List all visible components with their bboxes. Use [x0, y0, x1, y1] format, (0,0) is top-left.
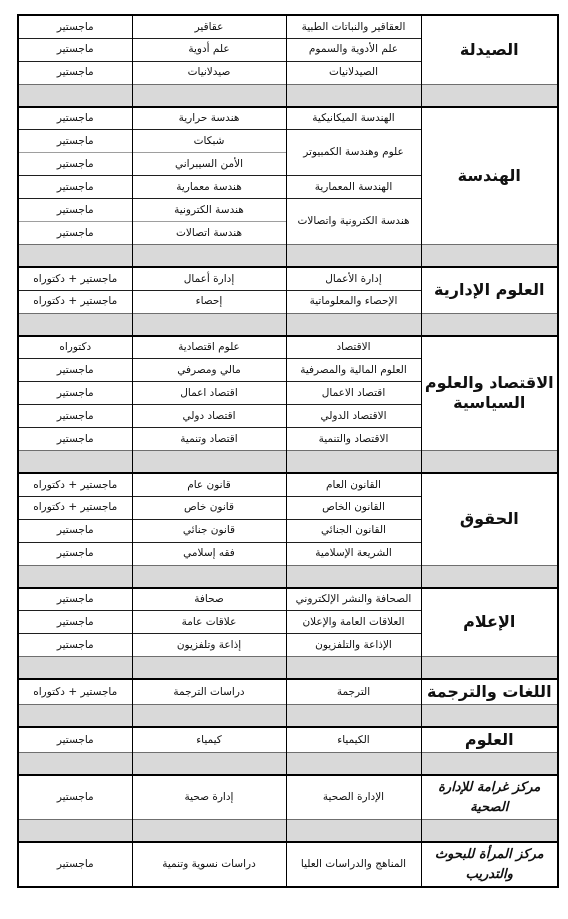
specialization-cell: دراسات نسوية وتنمية: [132, 842, 286, 887]
department-cell: هندسة الكترونية واتصالات: [286, 199, 421, 245]
department-cell: الاقتصاد: [286, 336, 421, 359]
degree-cell: ماجستير: [18, 107, 132, 130]
separator-cell: [286, 705, 421, 728]
faculty-cell: اللغات والترجمة: [421, 679, 558, 705]
specialization-cell: علوم اقتصادية: [132, 336, 286, 359]
degree-cell: ماجستير: [18, 727, 132, 753]
specialization-cell: الأمن السيبراني: [132, 153, 286, 176]
department-cell: القانون العام: [286, 473, 421, 496]
specialization-cell: دراسات الترجمة: [132, 679, 286, 705]
separator-cell: [132, 657, 286, 680]
department-cell: اقتصاد الاعمال: [286, 382, 421, 405]
department-cell: الهندسة الميكانيكية: [286, 107, 421, 130]
department-cell: علم الأدوية والسموم: [286, 38, 421, 61]
program-row: الإعلامالصحافة والنشر الإلكترونيصحافةماج…: [18, 588, 558, 611]
section-separator-row: [18, 245, 558, 268]
separator-cell: [18, 565, 132, 588]
degree-cell: ماجستير: [18, 542, 132, 565]
separator-cell: [132, 705, 286, 728]
degree-cell: ماجستير + دكتوراه: [18, 267, 132, 290]
section-separator-row: [18, 313, 558, 336]
separator-cell: [132, 313, 286, 336]
faculty-cell: مركز غرامة للإدارة الصحية: [421, 775, 558, 820]
department-cell: الإحصاء والمعلوماتية: [286, 290, 421, 313]
degree-cell: ماجستير: [18, 634, 132, 657]
specialization-cell: صحافة: [132, 588, 286, 611]
faculty-cell: الاقتصاد والعلوم السياسية: [421, 336, 558, 451]
section-separator-row: [18, 84, 558, 107]
program-row: الهندسةالهندسة الميكانيكيةهندسة حراريةما…: [18, 107, 558, 130]
specialization-cell: اقتصاد وتنمية: [132, 428, 286, 451]
degree-cell: ماجستير: [18, 405, 132, 428]
separator-cell: [18, 753, 132, 776]
separator-cell: [286, 820, 421, 843]
separator-cell: [18, 820, 132, 843]
separator-cell: [132, 245, 286, 268]
specialization-cell: قانون خاص: [132, 496, 286, 519]
specialization-cell: فقه إسلامي: [132, 542, 286, 565]
specialization-cell: مالي ومصرفي: [132, 359, 286, 382]
specialization-cell: هندسة الكترونية: [132, 199, 286, 222]
degree-cell: ماجستير: [18, 176, 132, 199]
separator-cell: [18, 84, 132, 107]
specialization-cell: هندسة معمارية: [132, 176, 286, 199]
separator-cell: [421, 657, 558, 680]
separator-cell: [18, 451, 132, 474]
program-row: العلومالكيمياءكيمياءماجستير: [18, 727, 558, 753]
department-cell: العقاقير والنباتات الطبية: [286, 15, 421, 38]
degree-cell: دكتوراه: [18, 336, 132, 359]
degree-cell: ماجستير: [18, 153, 132, 176]
section-separator-row: [18, 705, 558, 728]
specialization-cell: اقتصاد دولي: [132, 405, 286, 428]
faculty-cell: الهندسة: [421, 107, 558, 245]
program-row: الصيدلةالعقاقير والنباتات الطبيةعقاقيرما…: [18, 15, 558, 38]
specialization-cell: عقاقير: [132, 15, 286, 38]
department-cell: القانون الجنائي: [286, 519, 421, 542]
degree-cell: ماجستير: [18, 611, 132, 634]
faculty-cell: الإعلام: [421, 588, 558, 657]
degree-cell: ماجستير: [18, 382, 132, 405]
specialization-cell: صيدلانيات: [132, 61, 286, 84]
department-cell: الصيدلانيات: [286, 61, 421, 84]
section-separator-row: [18, 565, 558, 588]
program-row: الاقتصاد والعلوم السياسيةالاقتصادعلوم اق…: [18, 336, 558, 359]
degree-cell: ماجستير: [18, 519, 132, 542]
program-row: مركز غرامة للإدارة الصحيةالإدارة الصحيةإ…: [18, 775, 558, 820]
specialization-cell: قانون عام: [132, 473, 286, 496]
degree-cell: ماجستير: [18, 15, 132, 38]
section-separator-row: [18, 820, 558, 843]
separator-cell: [421, 84, 558, 107]
degree-cell: ماجستير: [18, 61, 132, 84]
faculty-cell: مركز المرأة للبحوث والتدريب: [421, 842, 558, 887]
separator-cell: [132, 565, 286, 588]
separator-cell: [421, 705, 558, 728]
specialization-cell: هندسة اتصالات: [132, 222, 286, 245]
separator-cell: [421, 565, 558, 588]
degree-cell: ماجستير: [18, 222, 132, 245]
degree-cell: ماجستير: [18, 130, 132, 153]
separator-cell: [132, 820, 286, 843]
specialization-cell: كيمياء: [132, 727, 286, 753]
separator-cell: [286, 451, 421, 474]
separator-cell: [421, 313, 558, 336]
separator-cell: [18, 313, 132, 336]
degree-cell: ماجستير: [18, 199, 132, 222]
programs-table: الصيدلةالعقاقير والنباتات الطبيةعقاقيرما…: [17, 14, 559, 888]
program-row: اللغات والترجمةالترجمةدراسات الترجمةماجس…: [18, 679, 558, 705]
degree-cell: ماجستير: [18, 842, 132, 887]
separator-cell: [18, 657, 132, 680]
specialization-cell: قانون جنائي: [132, 519, 286, 542]
degree-cell: ماجستير: [18, 428, 132, 451]
specialization-cell: علاقات عامة: [132, 611, 286, 634]
separator-cell: [421, 820, 558, 843]
program-row: العلوم الإداريةإدارة الأعمالإدارة أعمالم…: [18, 267, 558, 290]
specialization-cell: إحصاء: [132, 290, 286, 313]
program-row: الحقوقالقانون العامقانون عامماجستير + دك…: [18, 473, 558, 496]
department-cell: القانون الخاص: [286, 496, 421, 519]
separator-cell: [421, 753, 558, 776]
department-cell: العلاقات العامة والإعلان: [286, 611, 421, 634]
separator-cell: [286, 245, 421, 268]
separator-cell: [286, 753, 421, 776]
department-cell: الترجمة: [286, 679, 421, 705]
degree-cell: ماجستير + دكتوراه: [18, 496, 132, 519]
department-cell: الهندسة المعمارية: [286, 176, 421, 199]
faculty-cell: الحقوق: [421, 473, 558, 565]
specialization-cell: إدارة أعمال: [132, 267, 286, 290]
section-separator-row: [18, 753, 558, 776]
specialization-cell: إذاعة وتلفزيون: [132, 634, 286, 657]
department-cell: إدارة الأعمال: [286, 267, 421, 290]
separator-cell: [286, 657, 421, 680]
separator-cell: [286, 565, 421, 588]
specialization-cell: اقتصاد اعمال: [132, 382, 286, 405]
department-cell: العلوم المالية والمصرفية: [286, 359, 421, 382]
separator-cell: [286, 313, 421, 336]
department-cell: الصحافة والنشر الإلكتروني: [286, 588, 421, 611]
separator-cell: [421, 451, 558, 474]
section-separator-row: [18, 451, 558, 474]
separator-cell: [132, 84, 286, 107]
section-separator-row: [18, 657, 558, 680]
degree-cell: ماجستير: [18, 38, 132, 61]
programs-table-body: الصيدلةالعقاقير والنباتات الطبيةعقاقيرما…: [18, 15, 558, 887]
department-cell: الإذاعة والتلفزيون: [286, 634, 421, 657]
department-cell: علوم وهندسة الكمبيوتر: [286, 130, 421, 176]
department-cell: الإدارة الصحية: [286, 775, 421, 820]
document-page: الصيدلةالعقاقير والنباتات الطبيةعقاقيرما…: [0, 0, 568, 919]
separator-cell: [132, 451, 286, 474]
degree-cell: ماجستير: [18, 359, 132, 382]
separator-cell: [421, 245, 558, 268]
degree-cell: ماجستير: [18, 775, 132, 820]
faculty-cell: العلوم الإدارية: [421, 267, 558, 313]
degree-cell: ماجستير: [18, 588, 132, 611]
specialization-cell: هندسة حرارية: [132, 107, 286, 130]
faculty-cell: الصيدلة: [421, 15, 558, 84]
degree-cell: ماجستير + دكتوراه: [18, 290, 132, 313]
separator-cell: [18, 705, 132, 728]
department-cell: المناهج والدراسات العليا: [286, 842, 421, 887]
specialization-cell: إدارة صحية: [132, 775, 286, 820]
specialization-cell: شبكات: [132, 130, 286, 153]
specialization-cell: علم أدوية: [132, 38, 286, 61]
department-cell: الشريعة الإسلامية: [286, 542, 421, 565]
degree-cell: ماجستير + دكتوراه: [18, 679, 132, 705]
separator-cell: [18, 245, 132, 268]
department-cell: الاقتصاد الدولي: [286, 405, 421, 428]
separator-cell: [286, 84, 421, 107]
program-row: مركز المرأة للبحوث والتدريبالمناهج والدر…: [18, 842, 558, 887]
degree-cell: ماجستير + دكتوراه: [18, 473, 132, 496]
department-cell: الكيمياء: [286, 727, 421, 753]
separator-cell: [132, 753, 286, 776]
faculty-cell: العلوم: [421, 727, 558, 753]
department-cell: الاقتصاد والتنمية: [286, 428, 421, 451]
